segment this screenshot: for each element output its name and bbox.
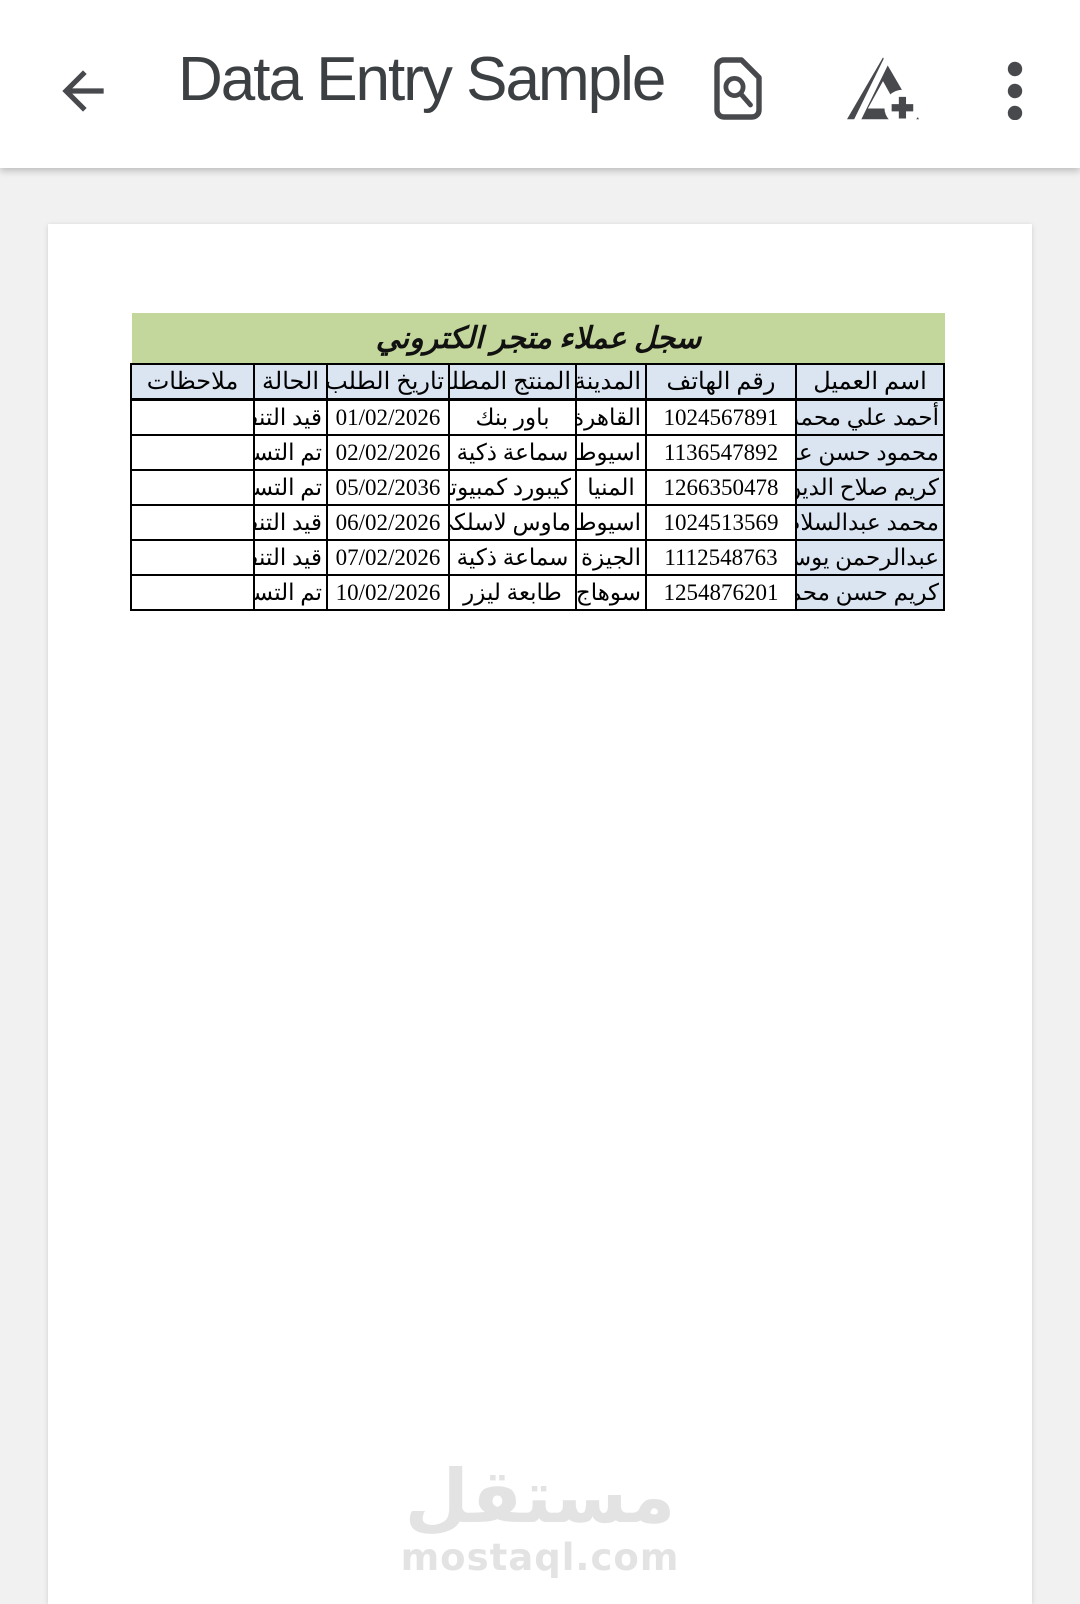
cell-city: اسيوط [576,505,646,540]
table-title-banner: سجل عملاء متجر الكتروني [132,313,945,363]
watermark: مستقل mostaql.com [48,1462,1032,1579]
cell-date: 05/02/2036 [327,470,449,505]
cell-notes [131,505,254,540]
cell-status: قيد التنفيذ [254,505,327,540]
cell-name: عبدالرحمن يوسف [796,540,944,575]
cell-notes [131,575,254,610]
table-row: محمد عبدالسلام1024513569اسيوطماوس لاسلكي… [131,505,944,540]
cell-phone: 1136547892 [646,435,796,470]
cell-date: 01/02/2026 [327,400,449,436]
mostaql-url: mostaql.com [48,1536,1032,1579]
header-product: المنتج المطلوب [449,364,576,400]
header-phone-number: رقم الهاتف [646,364,796,400]
cell-status: تم التسليم [254,470,327,505]
table-row: كريم صلاح الدين1266350478المنياكيبورد كم… [131,470,944,505]
cell-notes [131,540,254,575]
cell-name: أحمد علي محمد [796,400,944,436]
cell-status: قيد التنفيذ [254,400,327,436]
cell-product: باور بنك [449,400,576,436]
cell-phone: 1024567891 [646,400,796,436]
header-notes: ملاحظات [131,364,254,400]
cell-product: سماعة ذكية [449,540,576,575]
back-button[interactable] [52,60,114,122]
table-row: أحمد علي محمد1024567891القاهرةباور بنك01… [131,400,944,436]
cell-notes [131,400,254,436]
cell-product: سماعة ذكية [449,435,576,470]
cell-city: المنيا [576,470,646,505]
table-title: سجل عملاء متجر الكتروني [376,321,702,356]
header-customer-name: اسم العميل [796,364,944,400]
cell-notes [131,470,254,505]
page-title: Data Entry Sample [178,44,664,115]
header-status: الحالة [254,364,327,400]
cell-date: 10/02/2026 [327,575,449,610]
cell-city: سوهاج [576,575,646,610]
customers-table: سجل عملاء متجر الكتروني اسم العميل رقم ا… [132,313,945,611]
table-row: كريم حسن محمد1254876201سوهاجطابعة ليزر10… [131,575,944,610]
cell-notes [131,435,254,470]
cell-phone: 1112548763 [646,540,796,575]
customers-data-table: اسم العميل رقم الهاتف المدينة المنتج الم… [130,363,945,611]
cell-date: 02/02/2026 [327,435,449,470]
header-row: اسم العميل رقم الهاتف المدينة المنتج الم… [131,364,944,400]
cell-status: قيد التنفيذ [254,540,327,575]
cell-product: ماوس لاسلكي [449,505,576,540]
back-arrow-icon [52,110,114,125]
cell-phone: 1024513569 [646,505,796,540]
find-in-document-button[interactable] [712,56,764,122]
table-row: محمود حسن عبدالله1136547892اسيوطسماعة ذك… [131,435,944,470]
cell-phone: 1266350478 [646,470,796,505]
cell-name: محمد عبدالسلام [796,505,944,540]
cell-city: اسيوط [576,435,646,470]
cell-city: الجيزة [576,540,646,575]
cell-product: طابعة ليزر [449,575,576,610]
header-order-date: تاريخ الطلب [327,364,449,400]
add-to-drive-button[interactable] [846,56,920,122]
add-to-drive-icon [847,109,919,124]
header-city: المدينة [576,364,646,400]
cell-status: تم التسليم [254,435,327,470]
overflow-menu-icon [1006,108,1024,123]
cell-date: 07/02/2026 [327,540,449,575]
cell-date: 06/02/2026 [327,505,449,540]
overflow-menu-button[interactable] [995,60,1035,120]
cell-name: محمود حسن عبدالله [796,435,944,470]
cell-name: كريم حسن محمد [796,575,944,610]
mostaql-logo: مستقل [48,1462,1032,1532]
table-row: عبدالرحمن يوسف1112548763الجيزةسماعة ذكية… [131,540,944,575]
cell-product: كيبورد كمبيوتر [449,470,576,505]
table-body: أحمد علي محمد1024567891القاهرةباور بنك01… [131,400,944,611]
cell-phone: 1254876201 [646,575,796,610]
cell-city: القاهرة [576,400,646,436]
document-page: سجل عملاء متجر الكتروني اسم العميل رقم ا… [48,224,1032,1604]
app-bar: Data Entry Sample [0,0,1080,168]
cell-name: كريم صلاح الدين [796,470,944,505]
cell-status: تم التسليم [254,575,327,610]
find-in-document-icon [713,110,763,125]
